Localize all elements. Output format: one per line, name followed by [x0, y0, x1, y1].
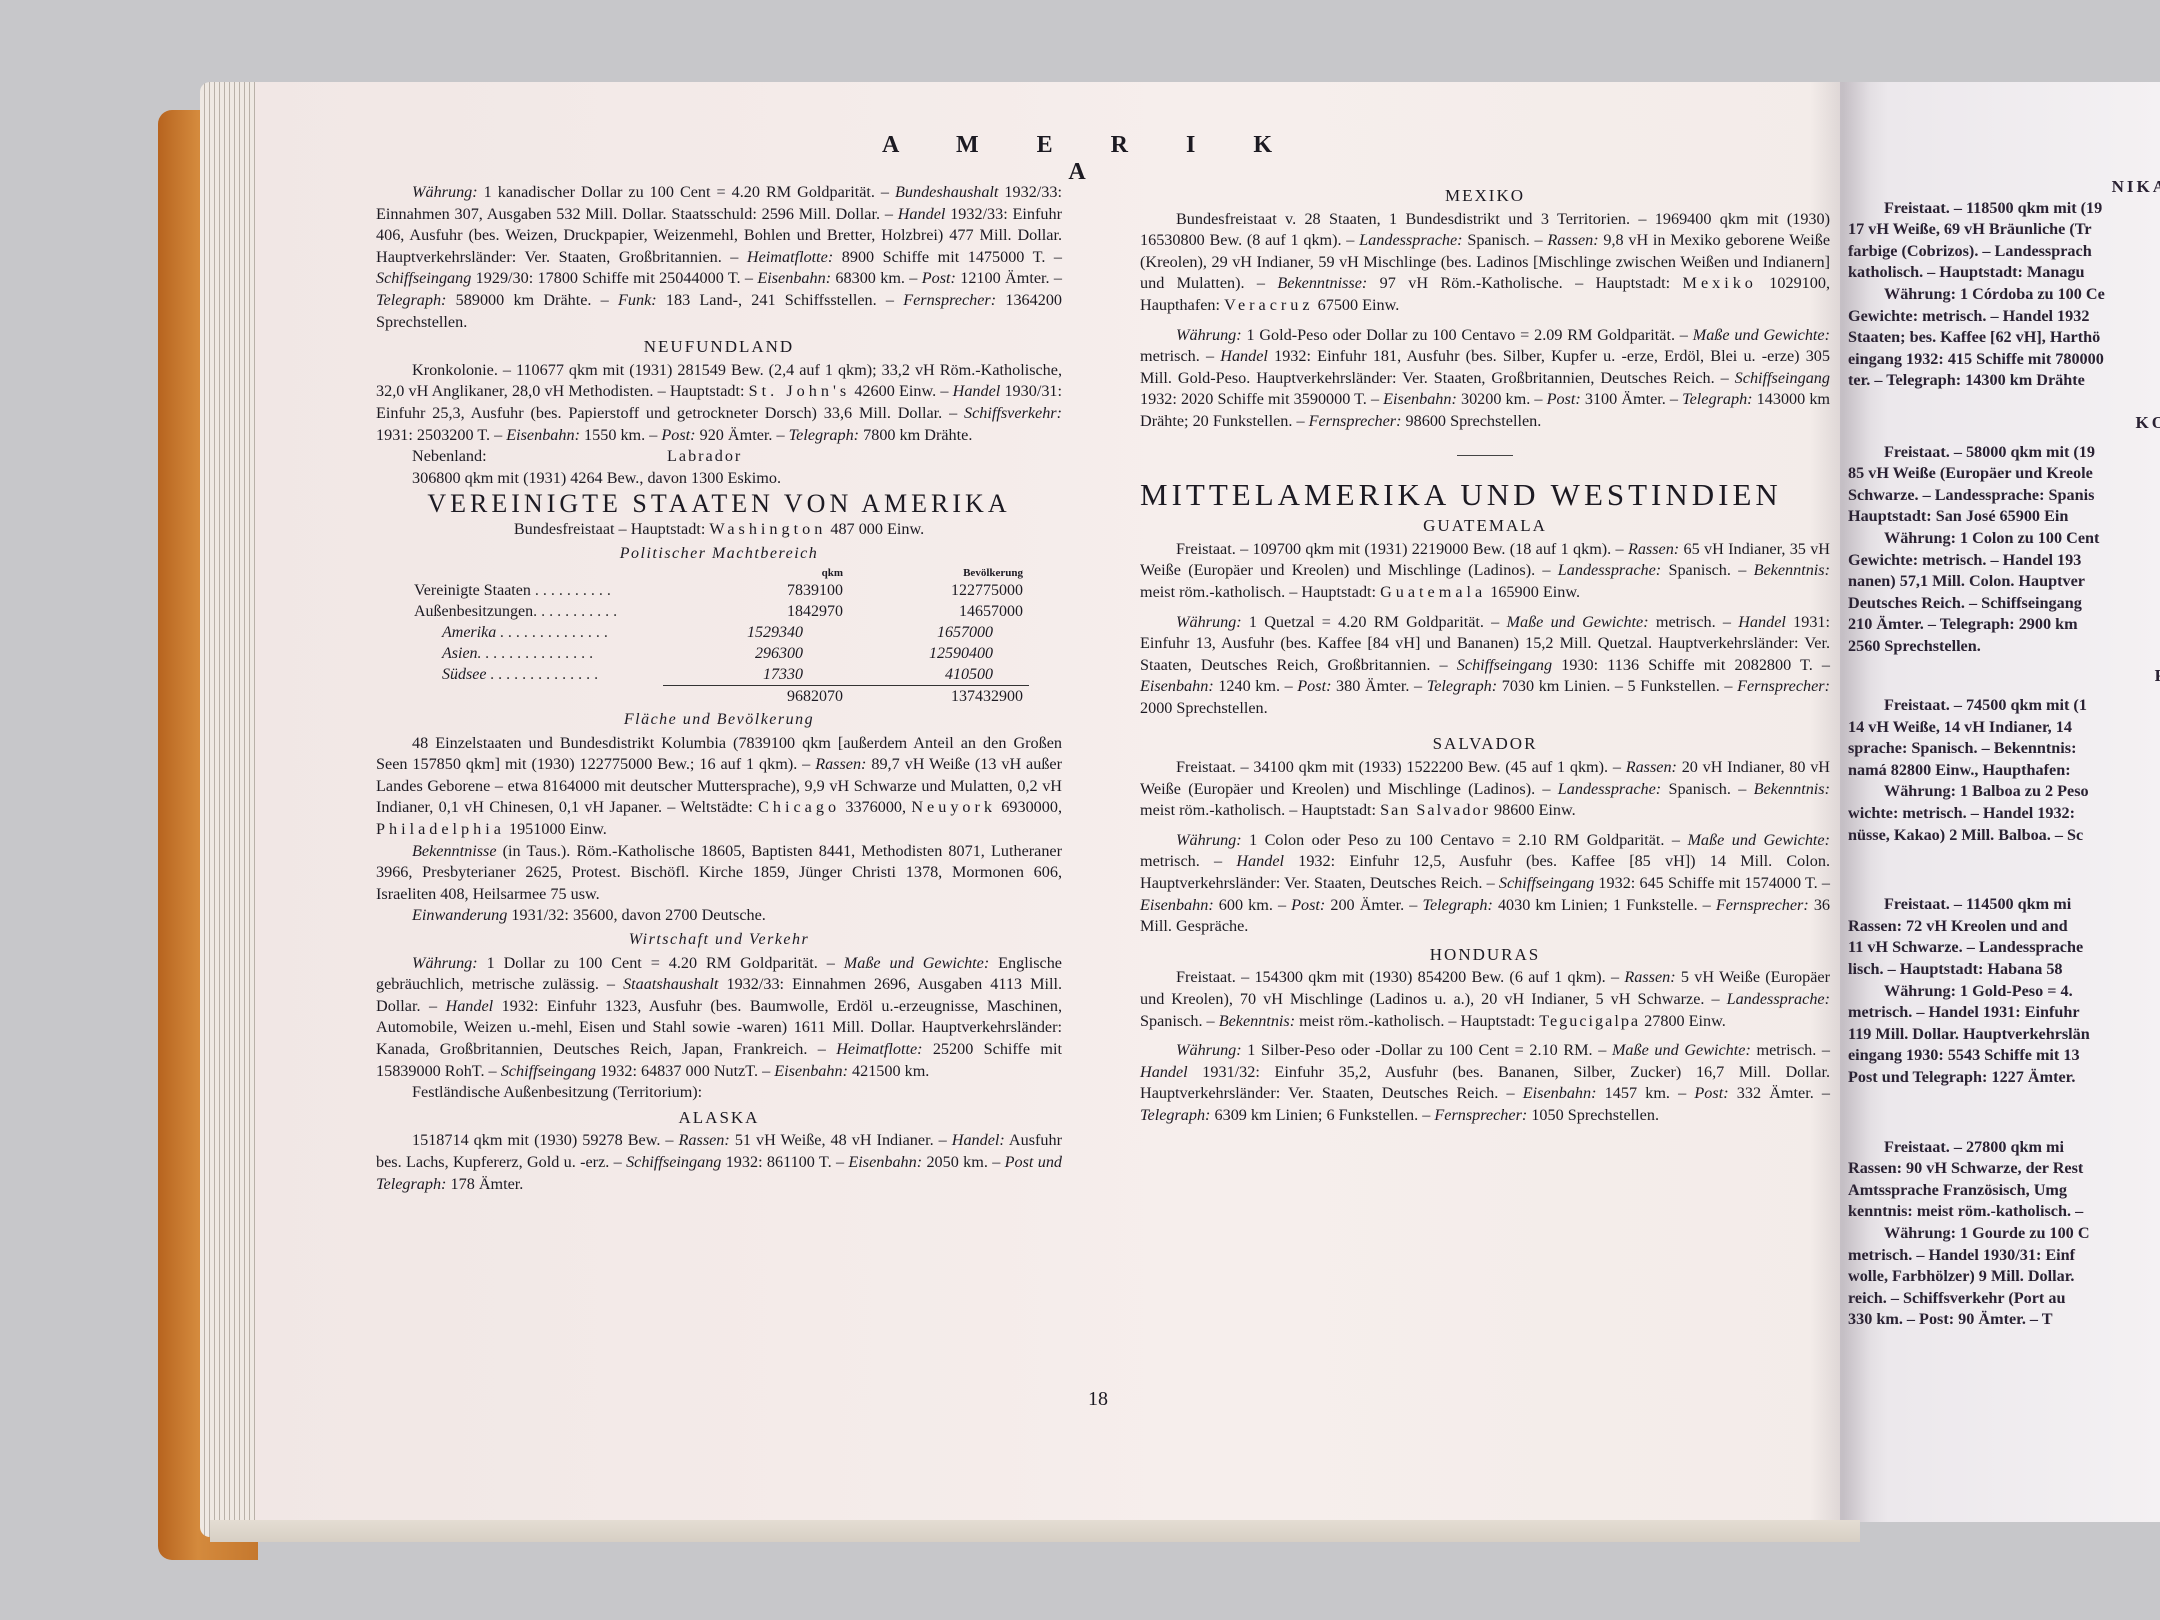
nebenland-label: Nebenland:: [412, 446, 667, 468]
column-header-population: Bevölkerung: [843, 566, 1029, 580]
page-number: 18: [1088, 1388, 1108, 1411]
salvador-paragraph-1: Freistaat. – 34100 qkm mit (1933) 152220…: [1140, 757, 1830, 822]
salvador-heading: SALVADOR: [1140, 733, 1830, 755]
table-total-row: 9682070 137432900: [414, 686, 1029, 708]
costarica-heading: KO: [1848, 412, 2160, 434]
honduras-paragraph-1: Freistaat. – 154300 qkm mit (1930) 85420…: [1140, 967, 1830, 1032]
usa-heading: VEREINIGTE STAATEN VON AMERIKA: [376, 493, 1062, 515]
panama-heading: P: [1848, 665, 2160, 687]
mexiko-paragraph-1: Bundesfreistaat v. 28 Staaten, 1 Bundesd…: [1140, 209, 1830, 317]
guatemala-heading: GUATEMALA: [1140, 515, 1830, 537]
labrador-paragraph: 306800 qkm mit (1931) 4264 Bew., davon 1…: [376, 468, 1062, 490]
usa-economy-paragraph: Währung: 1 Dollar zu 100 Cent = 4.20 RM …: [376, 953, 1062, 1083]
table-header-row: qkm Bevölkerung: [414, 566, 1029, 580]
section-divider: [1457, 455, 1513, 456]
page-bottom-edge: [210, 1520, 1860, 1542]
alaska-paragraph: 1518714 qkm mit (1930) 59278 Bew. – Rass…: [376, 1130, 1062, 1195]
kuba-lines: Freistaat. – 114500 qkm mi Rassen: 72 vH…: [1848, 894, 2160, 1088]
panama-lines: Freistaat. – 74500 qkm mit (1 14 vH Weiß…: [1848, 695, 2160, 846]
salvador-paragraph-2: Währung: 1 Colon oder Peso zu 100 Centav…: [1140, 830, 1830, 938]
usa-area-paragraph: 48 Einzelstaaten und Bundesdistrikt Kolu…: [376, 733, 1062, 841]
usa-subtitle: Bundesfreistaat – Hauptstadt: Washington…: [376, 519, 1062, 541]
table-row: Südsee . . . . . . . . . . . . . . 17330…: [414, 664, 1029, 686]
haiti-lines: Freistaat. – 27800 qkm mi Rassen: 90 vH …: [1848, 1137, 2160, 1331]
power-sphere-table: qkm Bevölkerung Vereinigte Staaten . . .…: [414, 566, 1029, 707]
nikaragua-lines: Freistaat. – 118500 qkm mit (19 17 vH We…: [1848, 198, 2160, 392]
right-page-column: NIKA Freistaat. – 118500 qkm mit (19 17 …: [1848, 176, 2160, 1331]
economy-heading: Wirtschaft und Verkehr: [376, 929, 1062, 951]
honduras-paragraph-2: Währung: 1 Silber-Peso oder -Dollar zu 1…: [1140, 1040, 1830, 1126]
running-head: A M E R I K A: [880, 132, 1300, 186]
nebenland-row: Nebenland: Labrador: [376, 446, 1062, 468]
costarica-lines: Freistaat. – 58000 qkm mit (19 85 vH Wei…: [1848, 442, 2160, 658]
table-row: Asien. . . . . . . . . . . . . . . 29630…: [414, 643, 1029, 664]
table-row: Außenbesitzungen. . . . . . . . . . . 18…: [414, 601, 1029, 622]
guatemala-paragraph-1: Freistaat. – 109700 qkm mit (1931) 22190…: [1140, 539, 1830, 604]
canada-economy-paragraph: Währung: 1 kanadischer Dollar zu 100 Cen…: [376, 182, 1062, 333]
column-header-area: qkm: [663, 566, 843, 580]
mittelamerika-heading: MITTELAMERIKA UND WESTINDIEN: [1140, 484, 1830, 506]
area-population-heading: Fläche und Bevölkerung: [376, 709, 1062, 731]
mexiko-heading: MEXIKO: [1140, 185, 1830, 207]
alaska-heading: ALASKA: [376, 1107, 1062, 1129]
power-sphere-heading: Politischer Machtbereich: [376, 543, 1062, 565]
guatemala-paragraph-2: Währung: 1 Quetzal = 4.20 RM Goldparität…: [1140, 612, 1830, 720]
table-row: Amerika . . . . . . . . . . . . . . 1529…: [414, 622, 1029, 643]
usa-religion-paragraph: Bekenntnisse (in Taus.). Röm.-Katholisch…: [376, 841, 1062, 906]
usa-immigration-paragraph: Einwanderung 1931/32: 35600, davon 2700 …: [376, 905, 1062, 927]
left-column: Währung: 1 kanadischer Dollar zu 100 Cen…: [376, 182, 1062, 1195]
neufundland-paragraph: Kronkolonie. – 110677 qkm mit (1931) 281…: [376, 360, 1062, 446]
mexiko-paragraph-2: Währung: 1 Gold-Peso oder Dollar zu 100 …: [1140, 325, 1830, 433]
neufundland-heading: NEUFUNDLAND: [376, 336, 1062, 358]
honduras-heading: HONDURAS: [1140, 944, 1830, 966]
nebenland-name: Labrador: [667, 446, 742, 468]
nikaragua-heading: NIKA: [1848, 176, 2160, 198]
table-row: Vereinigte Staaten . . . . . . . . . . 7…: [414, 580, 1029, 601]
middle-column: MEXIKO Bundesfreistaat v. 28 Staaten, 1 …: [1140, 182, 1830, 1127]
territory-paragraph: Festländische Außenbesitzung (Territoriu…: [376, 1082, 1062, 1104]
